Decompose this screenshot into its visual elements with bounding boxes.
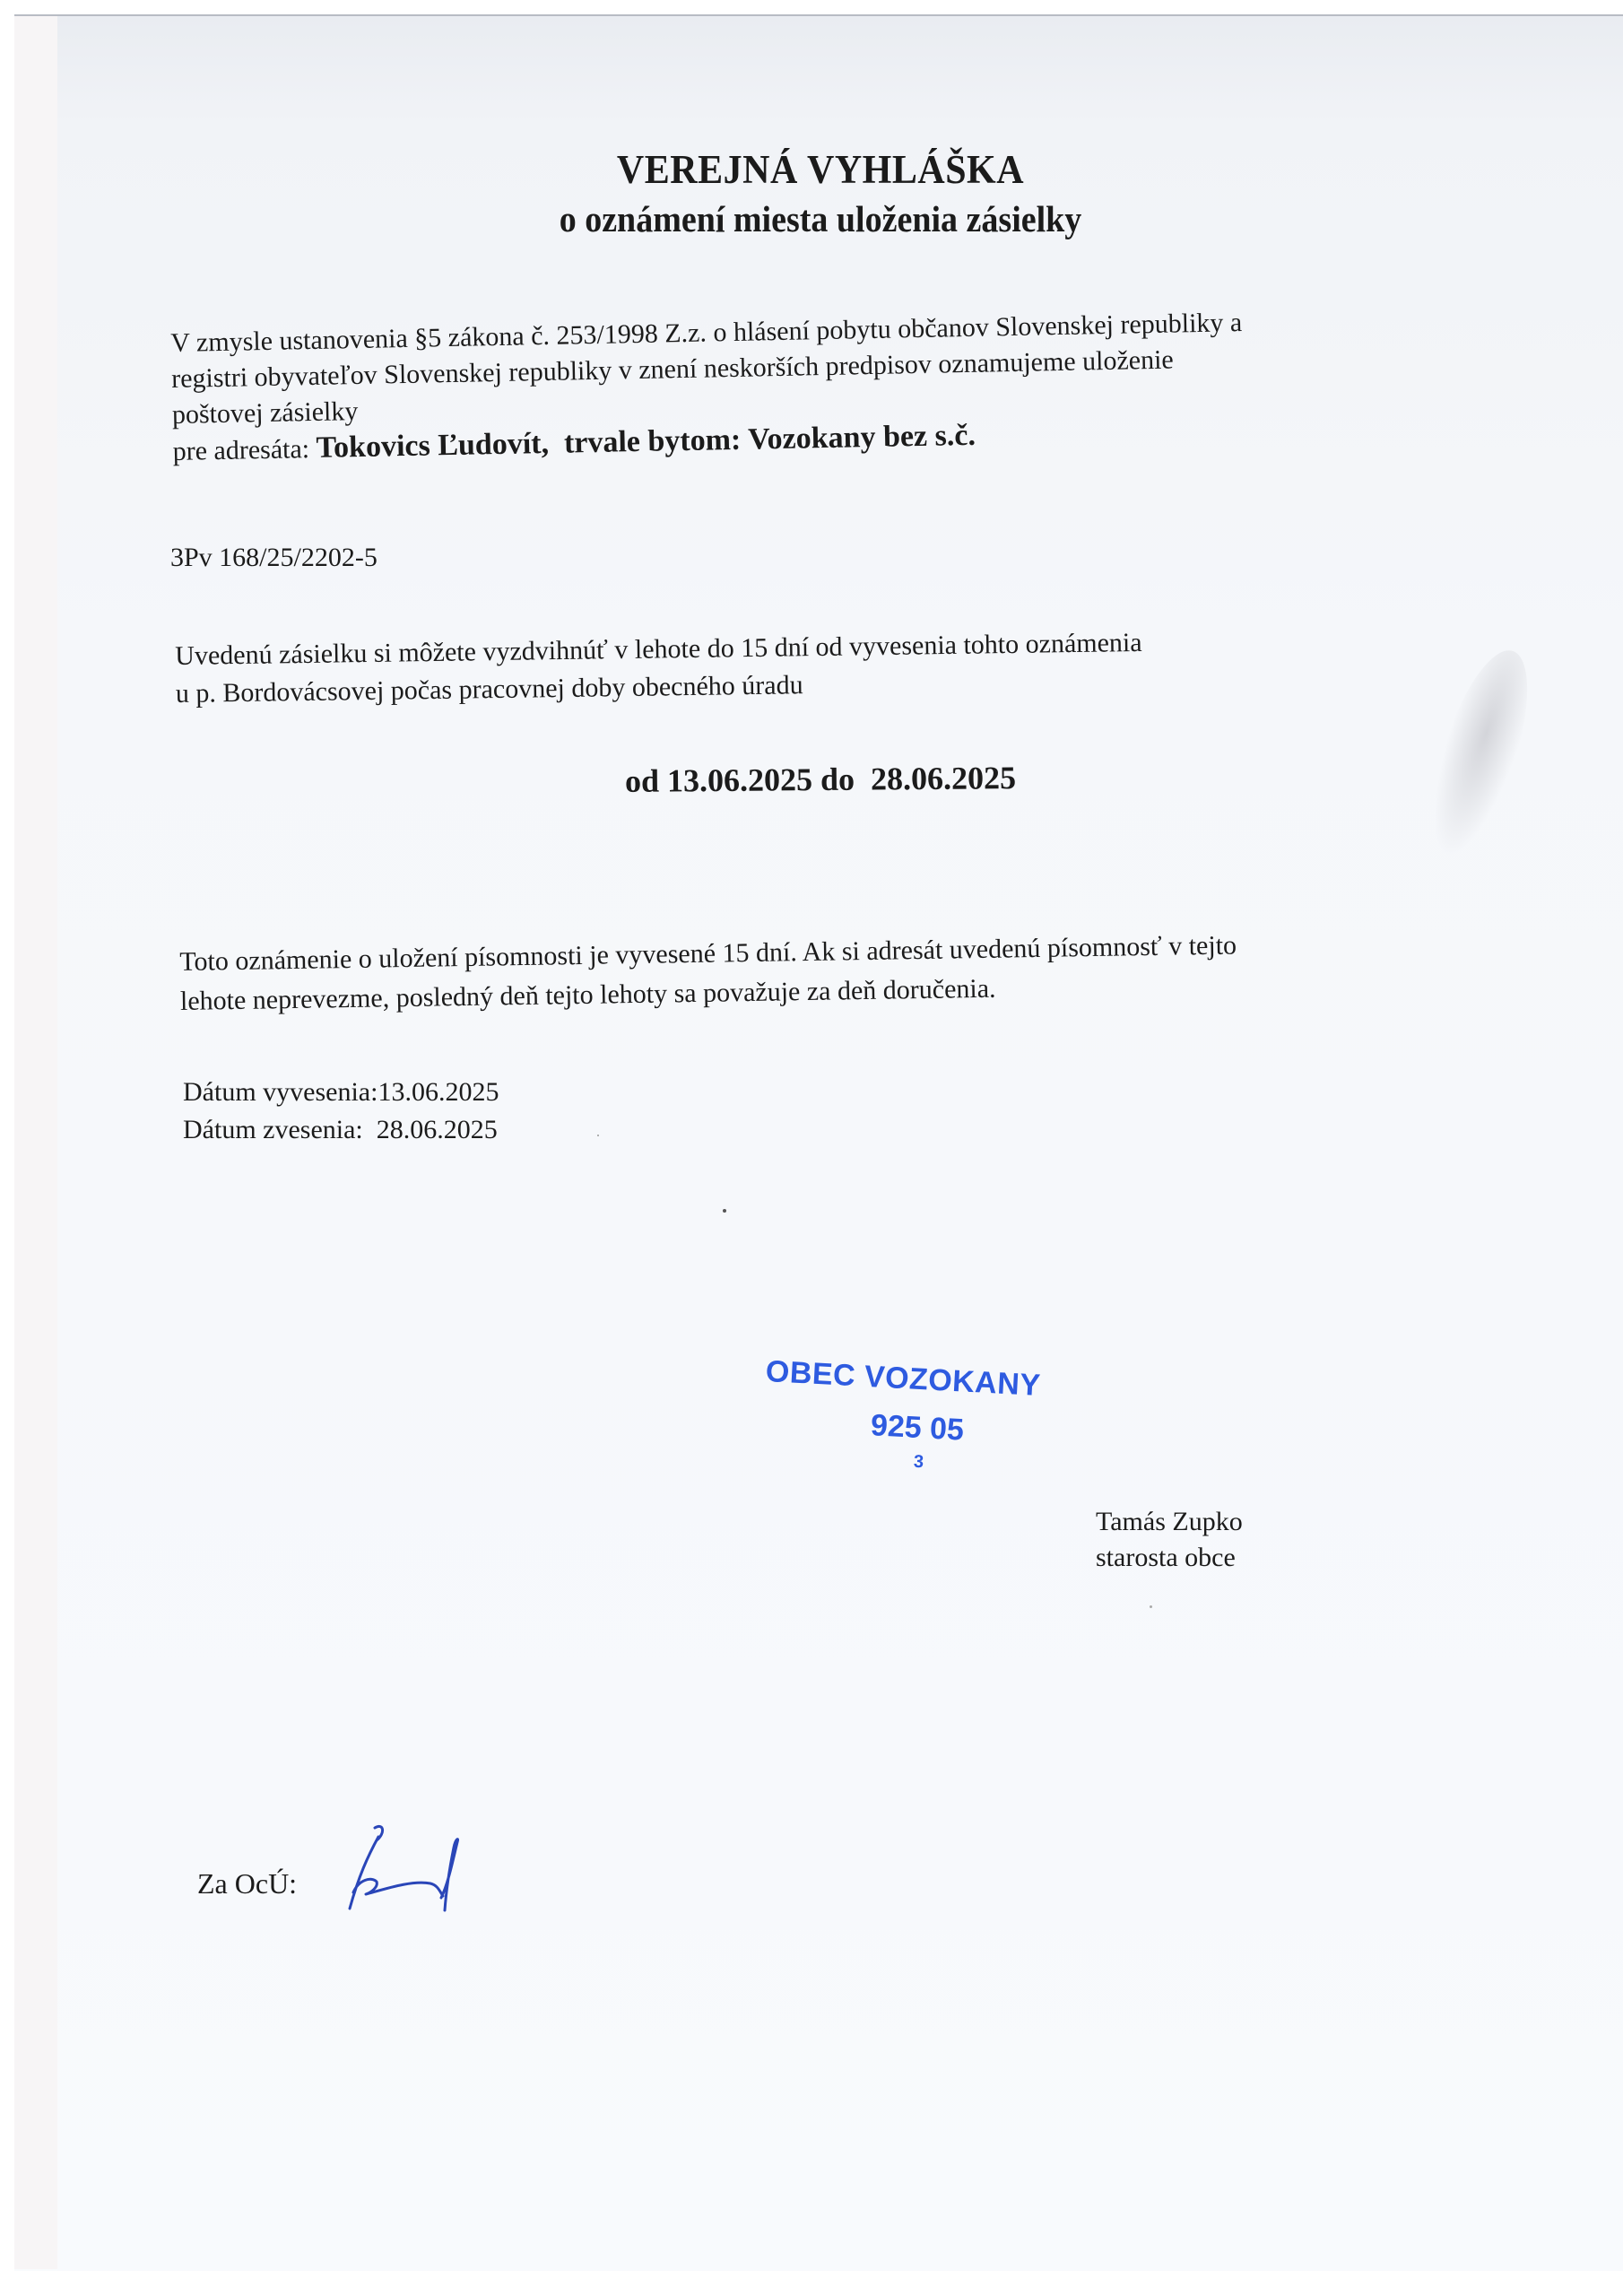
page-edge bbox=[14, 16, 57, 2269]
speck-mark bbox=[1150, 1605, 1152, 1608]
stamp-number: 3 bbox=[913, 1452, 924, 1474]
document-title: VEREJNÁ VYHLÁŠKA bbox=[0, 147, 1623, 194]
recipient-prefix: pre adresáta: bbox=[172, 434, 317, 466]
signer-name: Tamás Zupko bbox=[1096, 1504, 1243, 1540]
posted-date: Dátum vyvesenia:13.06.2025 bbox=[183, 1074, 499, 1111]
stamp-postal-code: 925 05 bbox=[870, 1408, 965, 1448]
signer-role: starosta obce bbox=[1096, 1540, 1243, 1576]
speck-mark bbox=[723, 1209, 726, 1213]
recipient-residence: trvale bytom: Vozokany bez s.č. bbox=[549, 419, 976, 460]
reference-number: 3Pv 168/25/2202-5 bbox=[170, 543, 378, 573]
recipient-name: Tokovics Ľudovít, bbox=[316, 427, 549, 465]
document-subtitle: o oznámení miesta uloženia zásielky bbox=[0, 198, 1623, 241]
posting-dates: Dátum vyvesenia:13.06.2025 Dátum zveseni… bbox=[183, 1074, 499, 1149]
signer-block: Tamás Zupko starosta obce bbox=[1096, 1504, 1243, 1576]
municipal-stamp: OBEC VOZOKANY 925 05 3 bbox=[760, 1354, 1125, 1499]
pickup-paragraph: Uvedenú zásielku si môžete vyzdvihnúť v … bbox=[175, 625, 1142, 714]
speck-mark bbox=[597, 1135, 599, 1136]
handwritten-signature bbox=[332, 1821, 493, 1919]
office-label: Za OcÚ: bbox=[197, 1867, 297, 1900]
removed-date: Dátum zvesenia: 28.06.2025 bbox=[183, 1111, 499, 1149]
intro-paragraph: V zmysle ustanovenia §5 zákona č. 253/19… bbox=[170, 305, 1245, 473]
notice-paragraph: Toto oznámenie o uložení písomnosti je v… bbox=[179, 927, 1237, 1023]
